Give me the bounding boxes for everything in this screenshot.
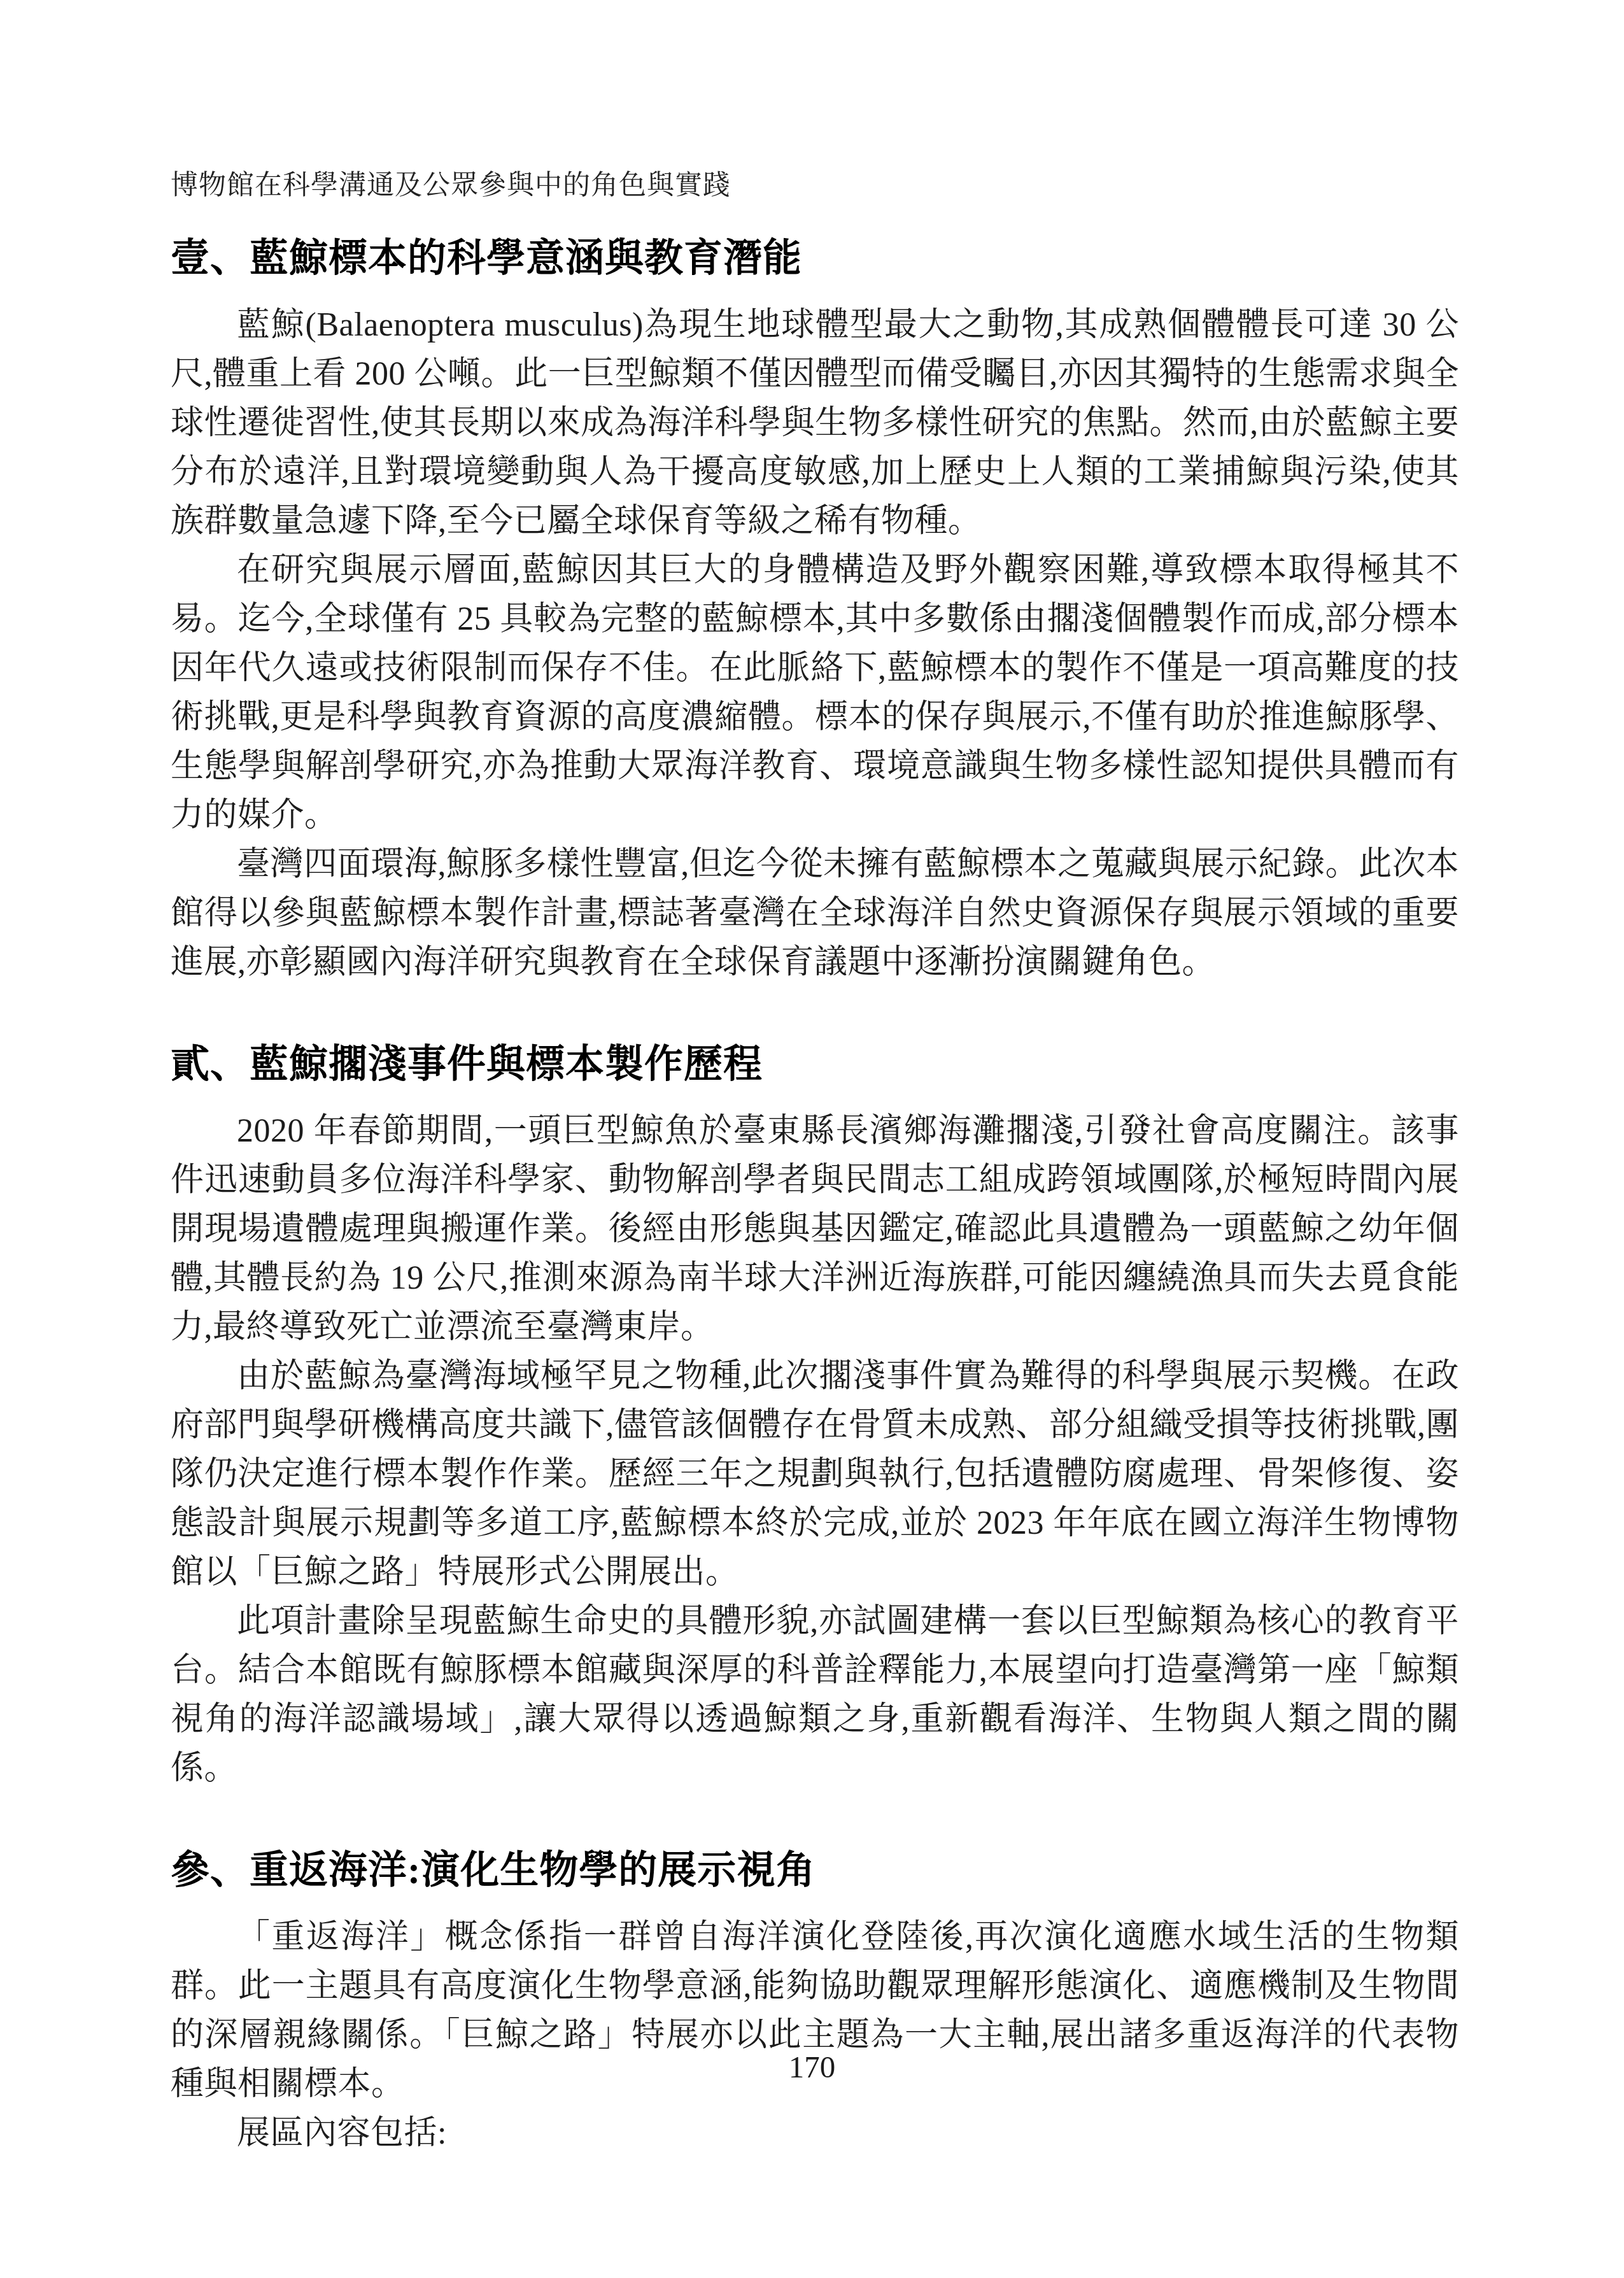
running-header: 博物館在科學溝通及公眾參與中的角色與實踐	[171, 169, 1459, 202]
section-3-heading: 參、重返海洋:演化生物學的展示視角	[171, 1849, 1459, 1893]
section-1-paragraph-3: 臺灣四面環海,鯨豚多樣性豐富,但迄今從未擁有藍鯨標本之蒐藏與展示紀錄。此次本館得…	[171, 840, 1459, 987]
section-2-paragraph-3: 此項計畫除呈現藍鯨生命史的具體形貌,亦試圖建構一套以巨型鯨類為核心的教育平台。結…	[171, 1597, 1459, 1793]
section-1-heading: 壹、藍鯨標本的科學意涵與教育潛能	[171, 237, 1459, 281]
section-2-paragraph-1: 2020 年春節期間,一頭巨型鯨魚於臺東縣長濱鄉海灘擱淺,引發社會高度關注。該事…	[171, 1107, 1459, 1352]
section-3-paragraph-2: 展區內容包括:	[171, 2109, 1459, 2158]
section-2-heading: 貳、藍鯨擱淺事件與標本製作歷程	[171, 1043, 1459, 1087]
document-page: 博物館在科學溝通及公眾參與中的角色與實踐 壹、藍鯨標本的科學意涵與教育潛能 藍鯨…	[0, 0, 1624, 2278]
page-number: 170	[0, 2049, 1624, 2085]
section-2-paragraph-2: 由於藍鯨為臺灣海域極罕見之物種,此次擱淺事件實為難得的科學與展示契機。在政府部門…	[171, 1352, 1459, 1597]
section-1-paragraph-2: 在研究與展示層面,藍鯨因其巨大的身體構造及野外觀察困難,導致標本取得極其不易。迄…	[171, 546, 1459, 840]
section-1-paragraph-1: 藍鯨(Balaenoptera musculus)為現生地球體型最大之動物,其成…	[171, 301, 1459, 546]
page-content: 博物館在科學溝通及公眾參與中的角色與實踐 壹、藍鯨標本的科學意涵與教育潛能 藍鯨…	[171, 169, 1459, 2158]
